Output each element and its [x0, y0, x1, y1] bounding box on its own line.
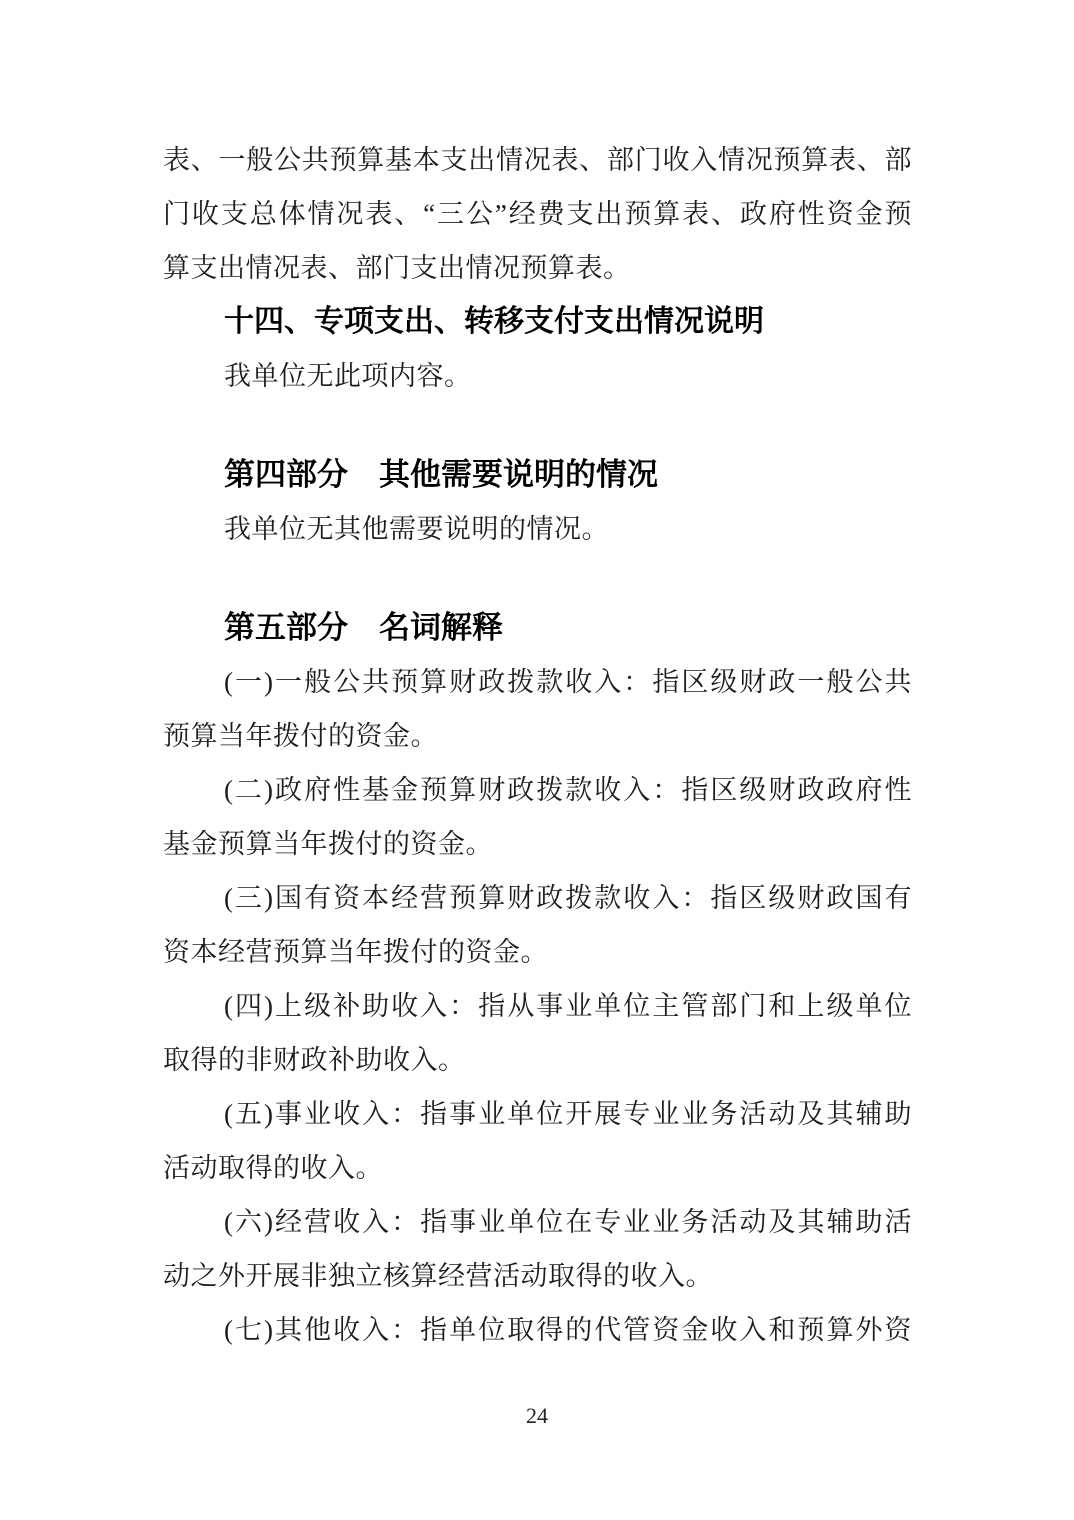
text-line: 表、一般公共预算基本支出情况表、部门收入情况预算表、部 — [163, 133, 912, 187]
text-line: 基金预算当年拨付的资金。 — [163, 817, 912, 871]
text-line: (七)其他收入：指单位取得的代管资金收入和预算外资 — [163, 1303, 912, 1357]
text-line: (六)经营收入：指事业单位在专业业务活动及其辅助活 — [163, 1195, 912, 1249]
text-line: 我单位无其他需要说明的情况。 — [163, 502, 912, 556]
document-content: 表、一般公共预算基本支出情况表、部门收入情况预算表、部门收支总体情况表、“三公”… — [163, 133, 912, 1357]
text-line: 我单位无此项内容。 — [163, 349, 912, 403]
page-number: 24 — [0, 1403, 1074, 1429]
section-heading: 第五部分 名词解释 — [163, 601, 912, 655]
text-line: 门收支总体情况表、“三公”经费支出预算表、政府性资金预 — [163, 187, 912, 241]
text-line: 取得的非财政补助收入。 — [163, 1033, 912, 1087]
text-line: (三)国有资本经营预算财政拨款收入：指区级财政国有 — [163, 871, 912, 925]
text-line: 资本经营预算当年拨付的资金。 — [163, 925, 912, 979]
text-line: 预算当年拨付的资金。 — [163, 709, 912, 763]
text-line: (五)事业收入：指事业单位开展专业业务活动及其辅助 — [163, 1087, 912, 1141]
section-heading: 第四部分 其他需要说明的情况 — [163, 448, 912, 502]
text-line: (四)上级补助收入：指从事业单位主管部门和上级单位 — [163, 979, 912, 1033]
text-line: 算支出情况表、部门支出情况预算表。 — [163, 241, 912, 295]
text-line: (一)一般公共预算财政拨款收入：指区级财政一般公共 — [163, 655, 912, 709]
text-line: 动之外开展非独立核算经营活动取得的收入。 — [163, 1249, 912, 1303]
text-line: (二)政府性基金预算财政拨款收入：指区级财政政府性 — [163, 763, 912, 817]
sub-heading: 十四、专项支出、转移支付支出情况说明 — [163, 295, 912, 349]
document-page: 表、一般公共预算基本支出情况表、部门收入情况预算表、部门收支总体情况表、“三公”… — [0, 0, 1074, 1520]
text-line: 活动取得的收入。 — [163, 1141, 912, 1195]
